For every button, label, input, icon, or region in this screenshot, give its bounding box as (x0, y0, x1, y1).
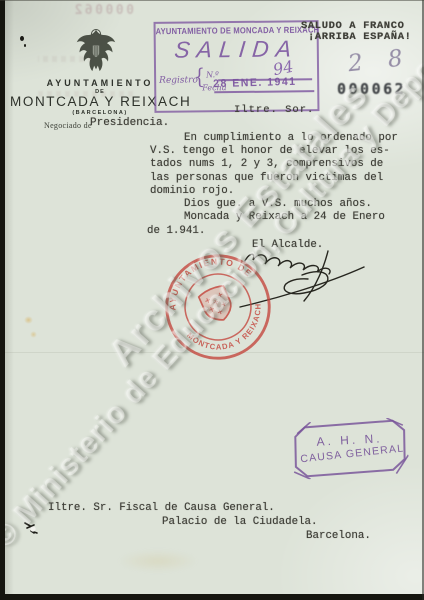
dirt-speck (24, 44, 26, 47)
body-line: Dios gue. a V.S. muchos años. (150, 198, 414, 211)
registry-stamp-salida: SALIDA (155, 35, 319, 64)
registro-label: Registro (159, 75, 198, 85)
body-line: las personas que fueron victimas del (150, 172, 414, 185)
body-line: dominio rojo. (150, 185, 414, 198)
footer-address: Palacio de la Ciudadela. (162, 516, 318, 528)
dirt-speck (20, 36, 24, 41)
folio-number-stamp: 000062 (337, 80, 406, 98)
negociado-value: Presidencia. (90, 117, 169, 129)
body-line: tados nums 1, 2 y 3, comprensivos de (150, 158, 414, 171)
footer-city: Barcelona. (306, 530, 371, 542)
registro-line (214, 90, 314, 93)
date-stamp: 28 ENE. 1941 (213, 75, 297, 90)
paper-stain (118, 550, 198, 572)
pencil-annotation: 2 8 (347, 45, 413, 78)
scan-edge-left (0, 0, 5, 600)
document-scan: 000062 AYUNTAMIENTO DE MONTCADA Y REIXAC… (0, 0, 424, 600)
scan-edge-top (0, 0, 424, 1)
date-continuation: de 1.941. (147, 225, 205, 237)
paper-stain (30, 331, 37, 338)
body-line: En cumplimiento a lo ordenado por (150, 132, 414, 145)
negociado-label: Negociado de (44, 121, 92, 130)
slogan-line2: ¡ARRIBA ESPAÑA! (308, 31, 412, 43)
paper-stain (24, 316, 33, 324)
scan-edge-bottom (0, 594, 424, 600)
registry-stamp: AYUNTAMIENTO DE MONCADA Y REIXACH SALIDA… (154, 20, 320, 113)
letter-body: En cumplimiento a lo ordenado por V.S. t… (150, 132, 414, 224)
eagle-emblem-icon (74, 26, 118, 76)
footer-addressee: Iltre. Sr. Fiscal de Causa General. (48, 502, 275, 514)
ink-blot (22, 515, 46, 539)
ahn-plaque-stamp: A. H. N. CAUSA GENERAL (291, 417, 410, 480)
ghost-folio-number: 000062 (72, 3, 134, 18)
registry-number-handwritten: 94 (271, 57, 295, 79)
body-line: Moncada y Reixach a 24 de Enero (150, 211, 414, 224)
body-line: V.S. tengo el honor de elevar los es- (150, 145, 414, 158)
addressee: Iltre. Sor. (234, 104, 314, 116)
